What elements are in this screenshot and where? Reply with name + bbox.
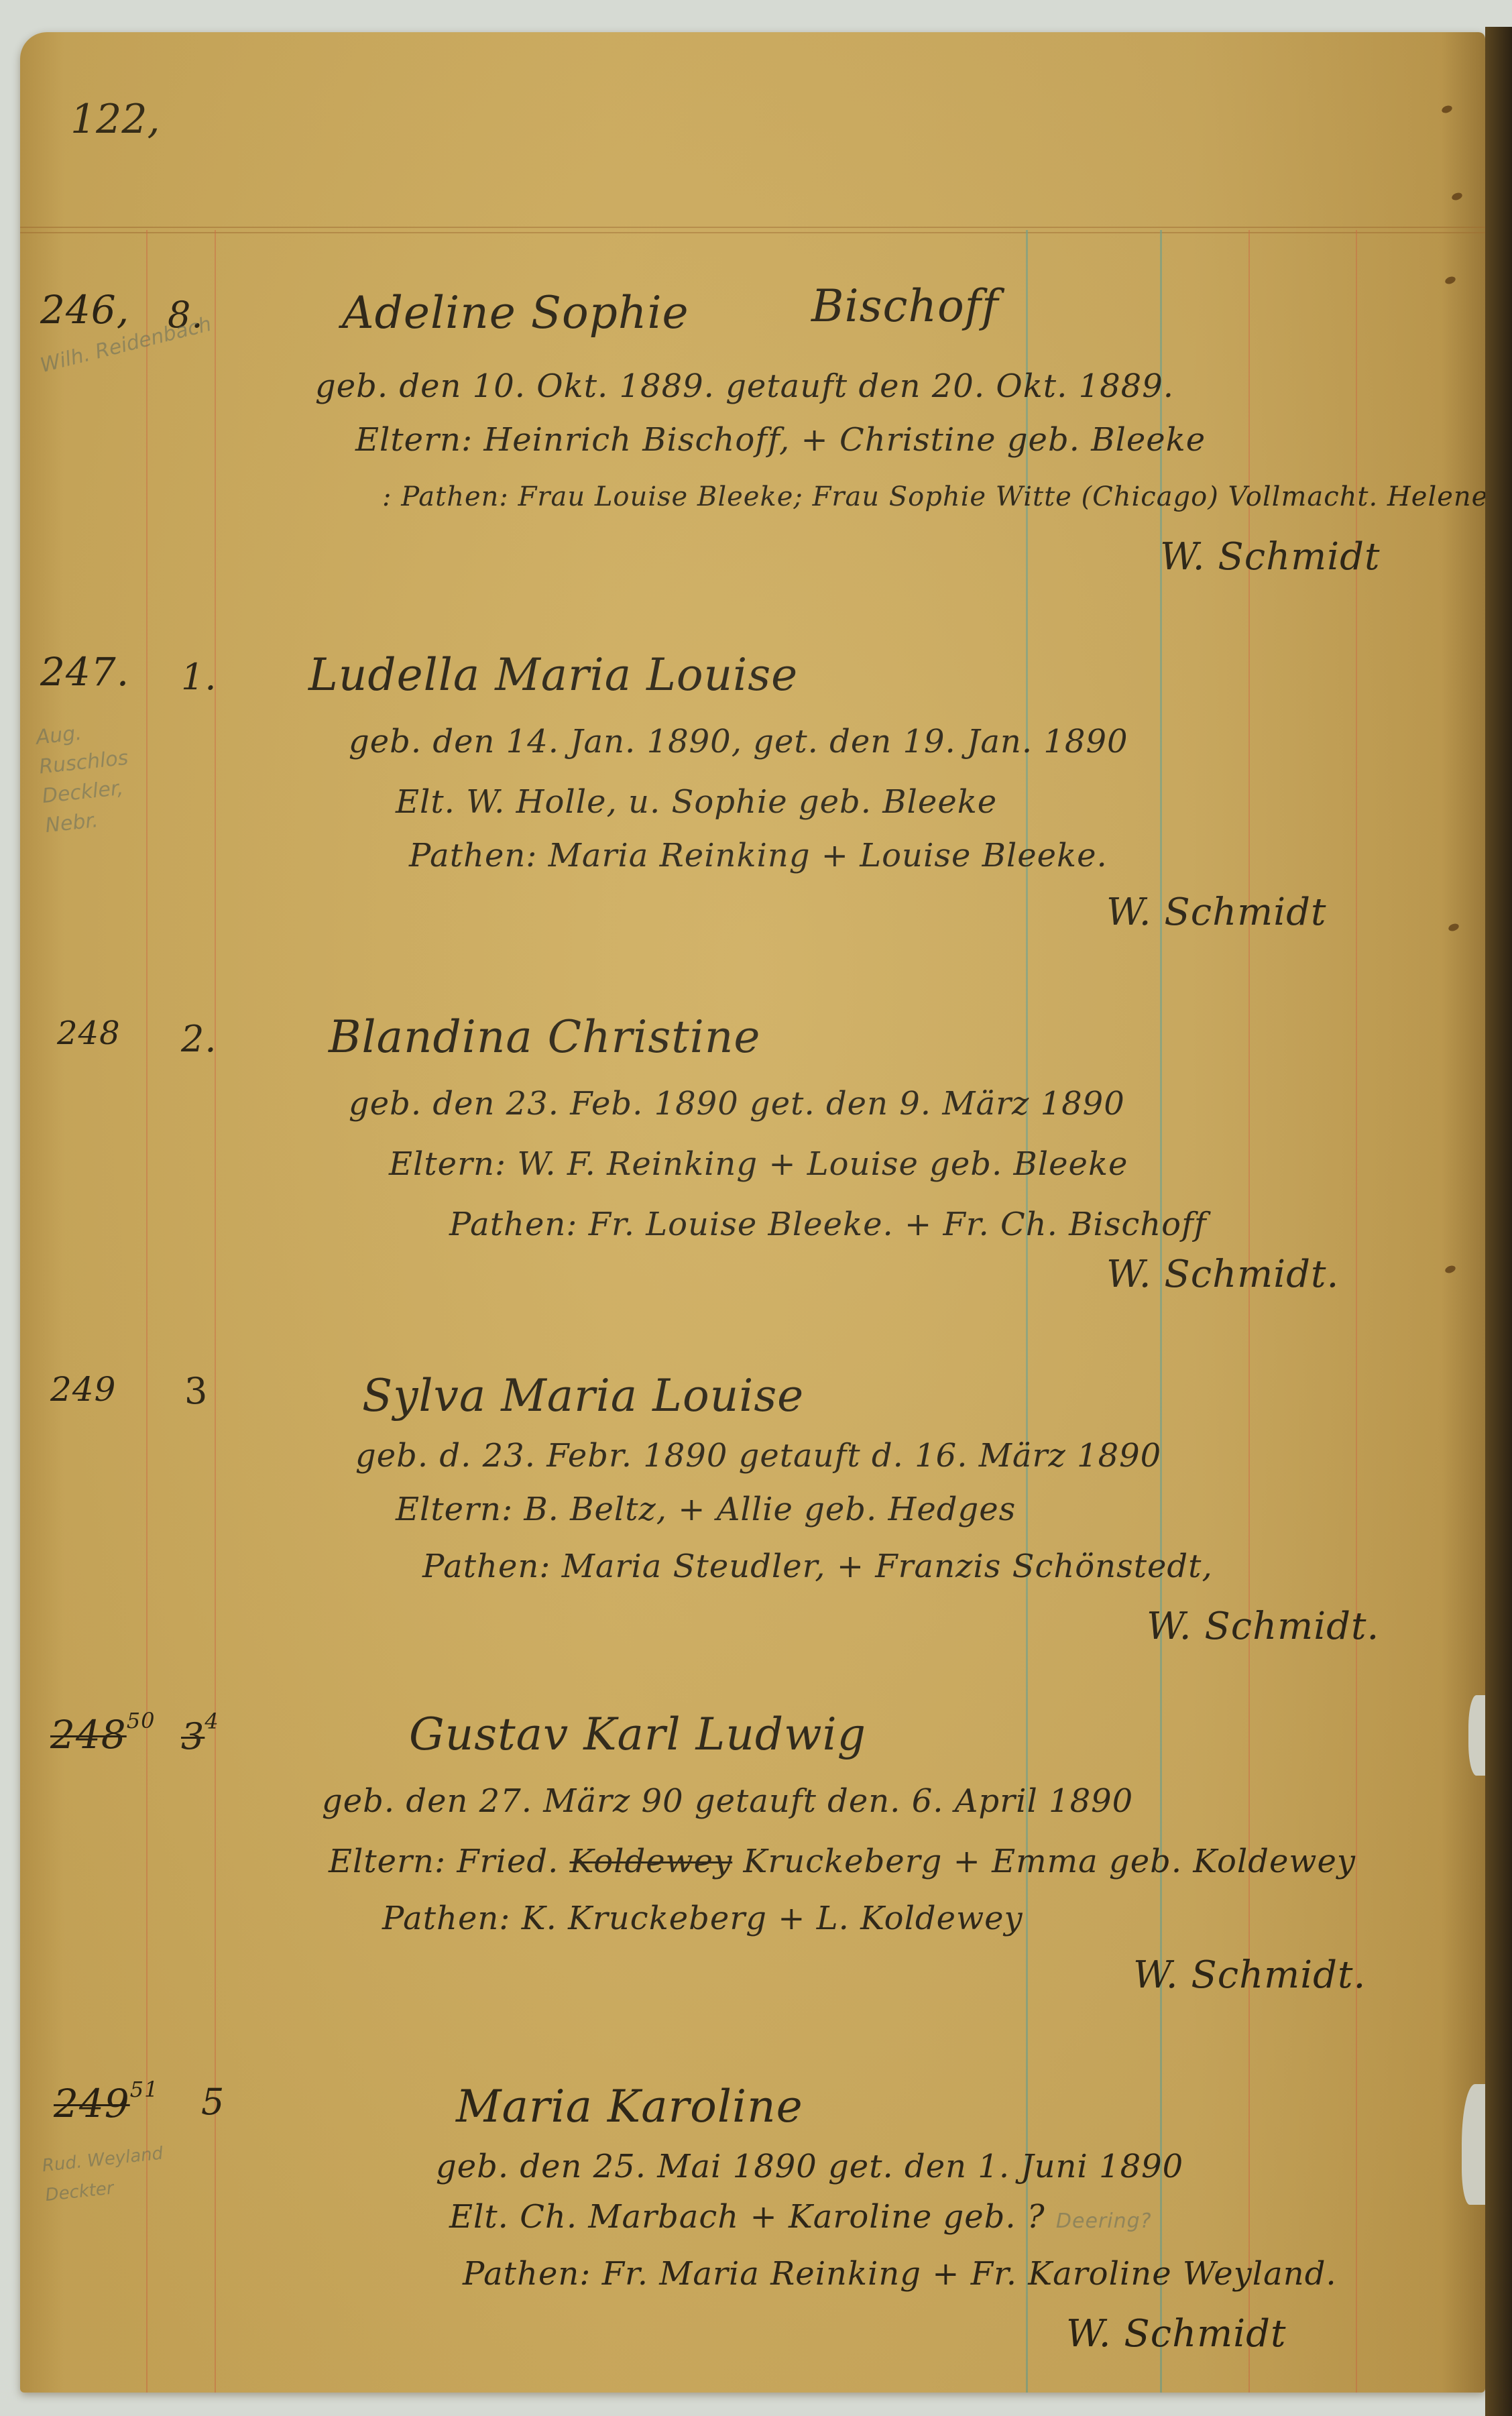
child-name: Blandina Christine	[329, 1011, 760, 1063]
child-surname: Bischoff	[811, 280, 999, 332]
child-name: Sylva Maria Louise	[362, 1370, 804, 1422]
pastor-signature: W. Schmidt.	[1147, 1605, 1379, 1648]
year-sequence: 1.	[181, 656, 217, 698]
register-number: 24850	[50, 1712, 155, 1758]
child-name: Gustav Karl Ludwig	[409, 1709, 866, 1760]
year-sequence: 34	[181, 1715, 219, 1758]
year-sequence-correction: 4	[205, 1709, 219, 1734]
year-sequence: 2.	[181, 1018, 217, 1060]
margin-note: Rud. Weyland Deckter	[41, 2138, 174, 2210]
register-number: 249	[50, 1370, 116, 1409]
binding-hole	[1444, 1265, 1456, 1275]
parents: Eltern: Fried. Koldewey Kruckeberg + Emm…	[329, 1843, 1356, 1880]
register-number-correction: 50	[127, 1708, 156, 1733]
book-binding	[1485, 27, 1512, 2416]
parents: Elt. W. Holle, u. Sophie geb. Bleeke	[396, 783, 997, 821]
register-number: 247.	[40, 649, 129, 695]
header-rule	[20, 232, 1485, 233]
parents-pencil-note: Deering?	[1056, 2209, 1152, 2233]
margin-note: Aug. Ruschlos Deckler, Nebr.	[35, 711, 160, 841]
parents: Eltern: B. Beltz, + Allie geb. Hedges	[396, 1491, 1016, 1528]
birth-baptism-dates: geb. d. 23. Febr. 1890 getauft d. 16. Mä…	[355, 1437, 1161, 1475]
register-number-original: 248	[50, 1712, 127, 1758]
register-number: 24951	[54, 2081, 158, 2126]
parents: Eltern: Heinrich Bischoff, + Christine g…	[355, 421, 1206, 459]
pastor-signature: W. Schmidt	[1066, 2312, 1287, 2356]
birth-baptism-dates: geb. den 27. März 90 getauft den. 6. Apr…	[322, 1782, 1133, 1820]
torn-edge	[1462, 2084, 1489, 2205]
sponsors: Pathen: Fr. Maria Reinking + Fr. Karolin…	[463, 2255, 1337, 2293]
register-number-correction: 51	[130, 2077, 159, 2102]
pastor-signature: W. Schmidt	[1106, 890, 1327, 934]
pastor-signature: W. Schmidt	[1160, 535, 1381, 579]
sponsors: Pathen: K. Kruckeberg + L. Koldewey	[382, 1900, 1023, 1937]
birth-baptism-dates: geb. den 23. Feb. 1890 get. den 9. März …	[349, 1085, 1125, 1123]
parents-rest: Kruckeberg + Emma geb. Koldewey	[743, 1843, 1356, 1880]
birth-baptism-dates: geb. den 14. Jan. 1890, get. den 19. Jan…	[349, 723, 1128, 760]
parents: Eltern: W. F. Reinking + Louise geb. Ble…	[389, 1145, 1128, 1183]
year-sequence-original: 3	[181, 1715, 205, 1758]
binding-hole	[1451, 192, 1463, 202]
year-sequence: 5	[201, 2081, 225, 2123]
year-sequence: 3	[184, 1370, 208, 1412]
birth-baptism-dates: geb. den 10. Okt. 1889. getauft den 20. …	[315, 367, 1174, 405]
birth-baptism-dates: geb. den 25. Mai 1890 get. den 1. Juni 1…	[436, 2148, 1183, 2185]
binding-hole	[1444, 276, 1456, 286]
register-number-original: 249	[54, 2081, 130, 2126]
page-number: 122,	[70, 96, 160, 143]
pastor-signature: W. Schmidt.	[1106, 1253, 1339, 1296]
register-number: 248	[57, 1015, 121, 1052]
child-name: Maria Karoline	[456, 2081, 803, 2132]
child-name: Adeline Sophie	[342, 287, 689, 339]
pastor-signature: W. Schmidt.	[1133, 1953, 1366, 1997]
parents-prefix: Eltern: Fried.	[329, 1843, 559, 1880]
child-name: Ludella Maria Louise	[308, 649, 798, 701]
binding-hole	[1441, 105, 1453, 115]
column-rule	[1026, 230, 1028, 2393]
column-rule	[215, 230, 216, 2393]
column-rule	[146, 230, 148, 2393]
parents-struck-name: Koldewey	[570, 1843, 733, 1880]
parents: Elt. Ch. Marbach + Karoline geb. ? Deeri…	[449, 2198, 1152, 2236]
binding-hole	[1448, 923, 1460, 933]
register-number: 246,	[40, 287, 129, 333]
sponsors: Pathen: Fr. Louise Bleeke. + Fr. Ch. Bis…	[449, 1206, 1207, 1243]
sponsors: Pathen: Maria Steudler, + Franzis Schöns…	[422, 1548, 1213, 1585]
header-rule	[20, 227, 1485, 228]
register-page: 122, 246, 8. Wilh. Reidenbach Adeline So…	[20, 32, 1485, 2393]
sponsors: Pathen: Maria Reinking + Louise Bleeke.	[409, 837, 1108, 874]
parents-text: Elt. Ch. Marbach + Karoline geb. ?	[449, 2198, 1045, 2236]
sponsors: : Pathen: Frau Louise Bleeke; Frau Sophi…	[382, 481, 1512, 512]
